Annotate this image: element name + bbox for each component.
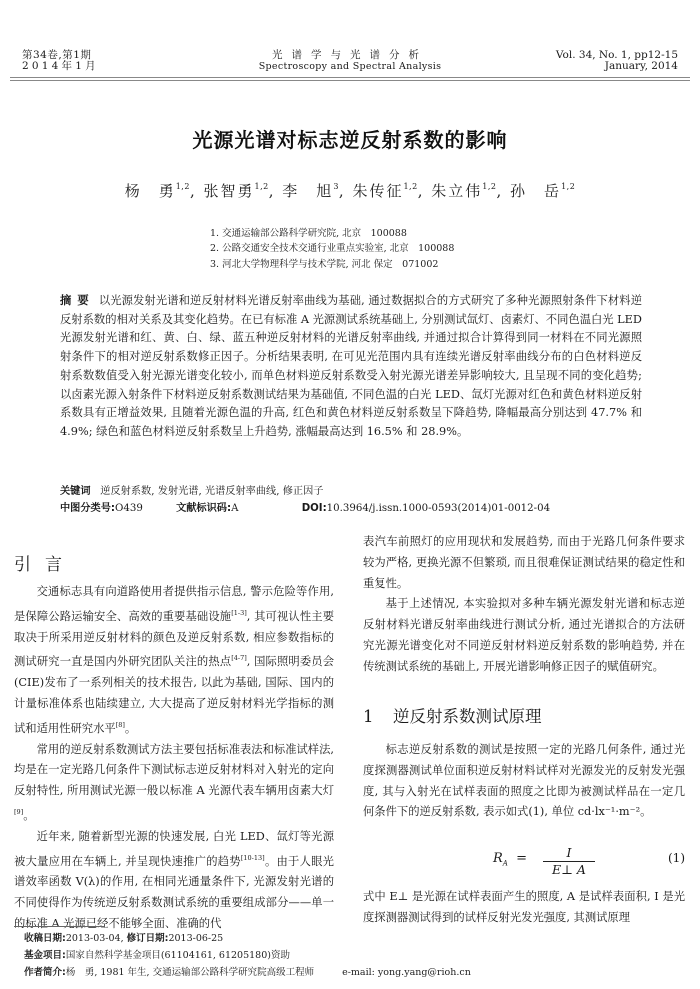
keywords-label: 关键词	[60, 486, 91, 497]
doi-value[interactable]: 10.3964/j.issn.1000-0593(2014)01-0012-04	[327, 503, 550, 514]
footnote-fund: 基金项目:国家自然科学基金项目(61104161, 61205180)资助	[24, 947, 471, 964]
author-affiliation-mark: 1,2	[176, 182, 190, 191]
equals-sign: =	[516, 851, 527, 866]
intro-paragraph: 基于上述情况, 本实验拟对多种车辆光源发射光谱和标志逆反射材料光谱反射率曲线进行…	[363, 594, 685, 677]
journal-issue-en: Vol. 34, No. 1, pp12-15 January, 2014	[556, 50, 678, 72]
equation-number: (1)	[668, 851, 685, 865]
section-paragraph: 式中 E⊥ 是光源在试样表面产生的照度, A 是试样表面积, I 是光度探测器测…	[363, 887, 685, 929]
fund-label: 基金项目:	[24, 950, 66, 961]
section-1-body: 标志逆反射系数的测试是按照一定的光路几何条件, 通过光度探测器测试单位面积逆反射…	[363, 740, 685, 823]
abstract: 摘要以光源发射光谱和逆反射材料光谱反射率曲线为基础, 通过数据拟合的方式研究了多…	[60, 292, 642, 442]
citation-ref[interactable]: [10-13]	[241, 854, 265, 862]
author-name: 杨 勇	[125, 182, 176, 200]
header-rule	[10, 77, 690, 81]
classification-line: 中图分类号:O439 文献标识码:A DOI:10.3964/j.issn.10…	[60, 500, 550, 517]
citation-ref[interactable]: [4-7]	[231, 654, 247, 662]
clc-label: 中图分类号:	[60, 503, 115, 514]
date-en: January, 2014	[556, 61, 678, 72]
equation-denominator: E⊥ A	[543, 862, 595, 877]
author-list: 杨 勇1,2, 张智勇1,2, 李 旭3, 朱传征1,2, 朱立伟1,2, 孙 …	[0, 180, 700, 201]
affiliation-item: 1. 交通运输部公路科学研究院, 北京 100088	[210, 226, 454, 241]
equation-1: RA = I E⊥ A (1)	[363, 845, 685, 885]
keywords-block: 关键词 逆反射系数, 发射光谱, 光谱反射率曲线, 修正因子 中图分类号:O43…	[60, 483, 550, 517]
citation-ref[interactable]: [8]	[116, 721, 125, 729]
doc-code-label: 文献标识码:	[176, 503, 231, 514]
bio-value: 杨 勇, 1981 年生, 交通运输部公路科学研究院高级工程师	[66, 967, 314, 978]
intro-paragraph: 交通标志具有向道路使用者提供指示信息, 警示危险等作用, 是保障公路运输安全、高…	[14, 582, 334, 740]
fund-value: 国家自然科学基金项目(61104161, 61205180)资助	[66, 950, 290, 961]
equation-symbol: R	[493, 851, 503, 866]
revised-label: 修订日期:	[127, 933, 169, 944]
author-name: 张智勇	[204, 182, 255, 200]
intro-paragraph: 近年来, 随着新型光源的快速发展, 白光 LED、氙灯等光源被大量应用在车辆上,…	[14, 827, 334, 935]
after-equation-text: 式中 E⊥ 是光源在试样表面产生的照度, A 是试样表面积, I 是光度探测器测…	[363, 887, 685, 929]
received-label: 收稿日期:	[24, 933, 66, 944]
clc-value: O439	[115, 503, 143, 514]
footnote-bio: 作者简介:杨 勇, 1981 年生, 交通运输部公路科学研究院高级工程师e-ma…	[24, 964, 471, 981]
affiliation-item: 3. 河北大学物理科学与技术学院, 河北 保定 071002	[210, 257, 454, 272]
intro-paragraph: 常用的逆反射系数测试方法主要包括标准表法和标准试样法, 均是在一定光路几何条件下…	[14, 740, 334, 827]
doc-code-value: A	[231, 503, 238, 514]
paragraph-text: 。	[125, 722, 136, 735]
affiliation-item: 2. 公路交通安全技术交通行业重点实验室, 北京 100088	[210, 241, 454, 256]
paper-title: 光源光谱对标志逆反射系数的影响	[0, 124, 700, 153]
section-heading-1: 1逆反射系数测试原理	[363, 703, 542, 727]
bio-label: 作者简介:	[24, 967, 66, 978]
section-paragraph: 标志逆反射系数的测试是按照一定的光路几何条件, 通过光度探测器测试单位面积逆反射…	[363, 740, 685, 823]
equation-lhs: RA =	[493, 851, 527, 868]
equation-fraction: I E⊥ A	[543, 845, 595, 877]
left-column: 交通标志具有向道路使用者提供指示信息, 警示危险等作用, 是保障公路运输安全、高…	[14, 582, 334, 935]
revised-date: 2013-06-25	[168, 933, 223, 944]
continued-paragraph: 表汽车前照灯的应用现状和发展趋势, 而由于光路几何条件要求较为严格, 更换光源不…	[363, 532, 685, 594]
paragraph-text: 常用的逆反射系数测试方法主要包括标准表法和标准试样法, 均是在一定光路几何条件下…	[14, 743, 334, 798]
doi-label: DOI:	[302, 503, 327, 514]
author-affiliation-mark: 1,2	[255, 182, 269, 191]
keywords-text: 逆反射系数, 发射光谱, 光谱反射率曲线, 修正因子	[100, 486, 323, 497]
author-name: 朱传征	[352, 182, 403, 200]
author-affiliation-mark: 1,2	[482, 182, 496, 191]
equation-numerator: I	[543, 845, 595, 862]
citation-ref[interactable]: [9]	[14, 808, 23, 816]
abstract-text: 以光源发射光谱和逆反射材料光谱反射率曲线为基础, 通过数据拟合的方式研究了多种光…	[60, 294, 642, 438]
section-heading-intro: 引言	[14, 550, 76, 575]
paragraph-text: 。	[23, 809, 34, 822]
right-column: 表汽车前照灯的应用现状和发展趋势, 而由于光路几何条件要求较为严格, 更换光源不…	[363, 532, 685, 678]
author-name: 李 旭	[282, 182, 333, 200]
author-email[interactable]: e-mail: yong.yang@rioh.cn	[342, 967, 471, 978]
author-affiliation-mark: 1,2	[561, 182, 575, 191]
footnotes: 收稿日期:2013-03-04, 修订日期:2013-06-25 基金项目:国家…	[24, 930, 471, 981]
citation-ref[interactable]: [1-3]	[231, 609, 247, 617]
affiliation-list: 1. 交通运输部公路科学研究院, 北京 100088 2. 公路交通安全技术交通…	[210, 226, 454, 272]
author-name: 朱立伟	[431, 182, 482, 200]
footnote-dates: 收稿日期:2013-03-04, 修订日期:2013-06-25	[24, 930, 471, 947]
abstract-label: 摘要	[60, 294, 95, 307]
footnote-rule	[14, 926, 104, 927]
author-affiliation-mark: 1,2	[403, 182, 417, 191]
section-number: 1	[363, 707, 393, 726]
received-date: 2013-03-04,	[66, 933, 124, 944]
author-name: 孙 岳	[510, 182, 561, 200]
equation-subscript: A	[503, 860, 508, 868]
author-affiliation-mark: 3	[333, 182, 339, 191]
section-title: 逆反射系数测试原理	[393, 707, 542, 726]
keywords-line: 关键词 逆反射系数, 发射光谱, 光谱反射率曲线, 修正因子	[60, 483, 550, 500]
